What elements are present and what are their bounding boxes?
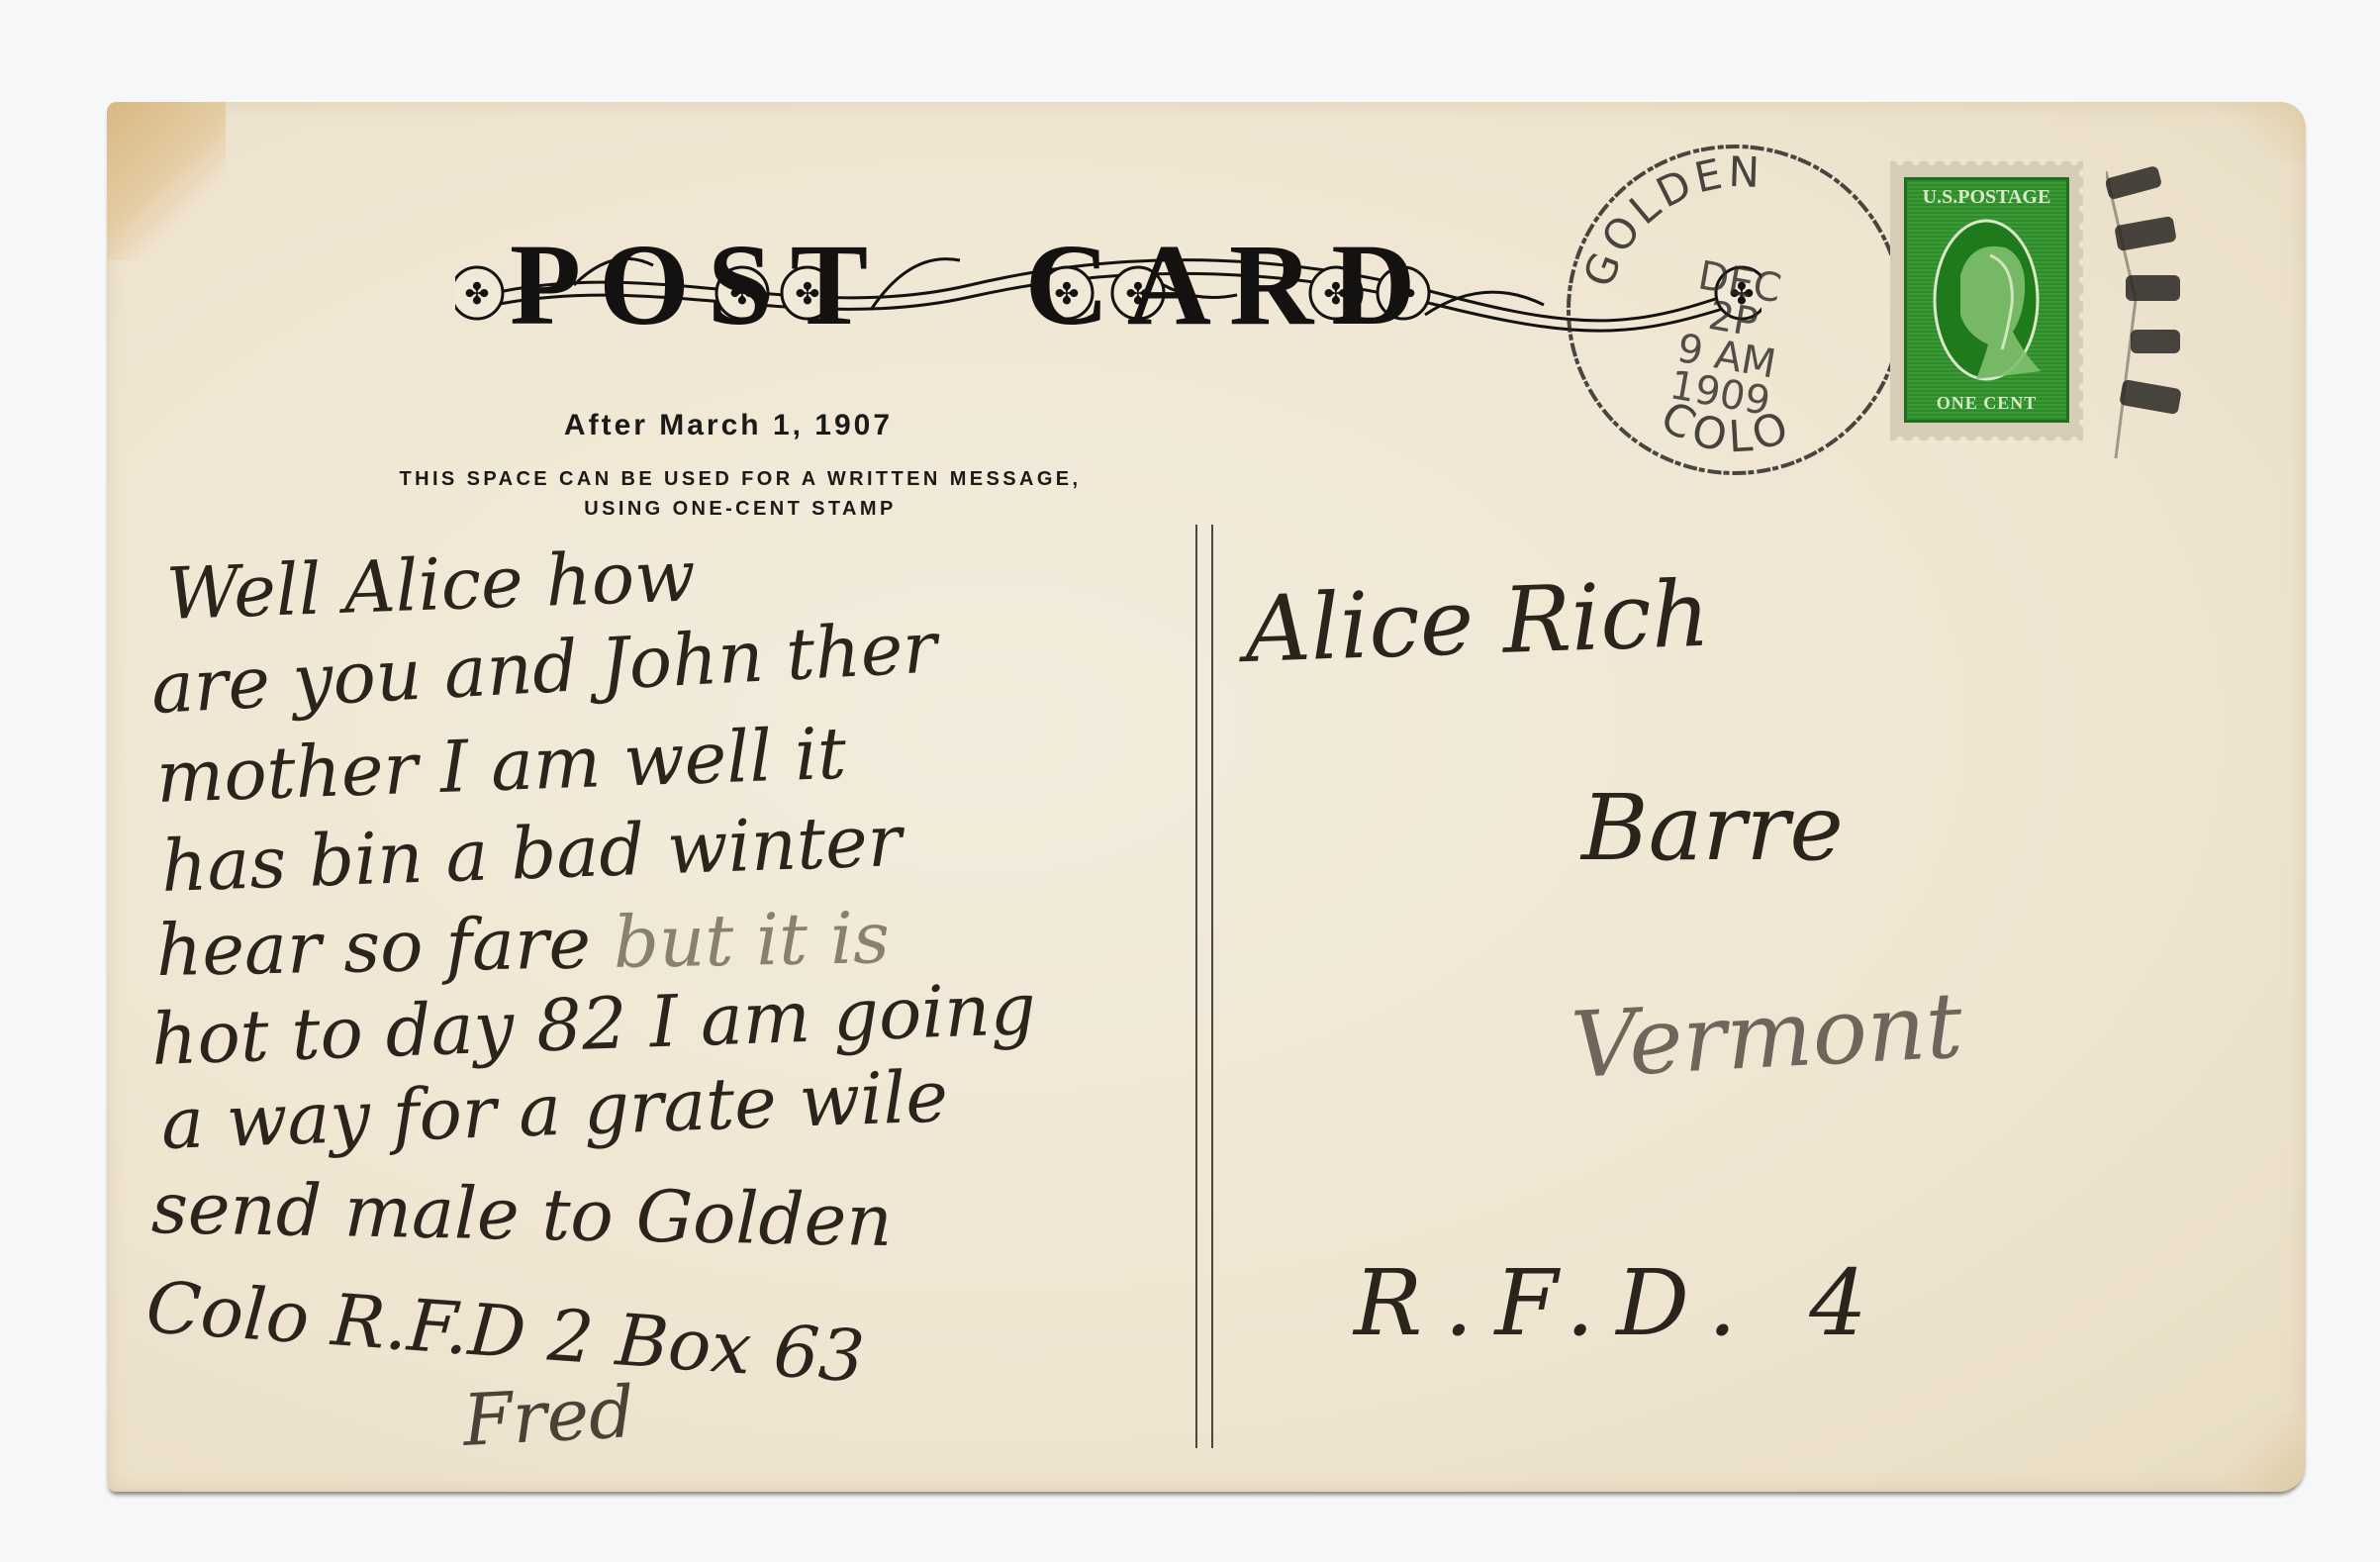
center-divider	[1195, 525, 1213, 1448]
postage-stamp: U.S.POSTAGE ONE CENT	[1890, 161, 2083, 440]
message-line: send male to Golden	[150, 1166, 893, 1262]
cancellation-bars	[2106, 161, 2185, 458]
worn-corner	[2217, 1413, 2306, 1492]
stamp-design: U.S.POSTAGE ONE CENT	[1904, 177, 2069, 423]
message-text: hear so fare	[155, 901, 614, 992]
signature: Fred	[461, 1370, 636, 1462]
message-line: has bin a bad winter	[160, 799, 904, 908]
postmark: GOLDEN COLO DEC 2P 9 AM 1909	[1552, 122, 1918, 488]
notice-stamp: USING ONE-CENT STAMP	[255, 498, 1225, 521]
notice-date: After March 1, 1907	[283, 409, 1174, 442]
worn-corner	[2227, 102, 2306, 161]
notice-message-space: THIS SPACE CAN BE USED FOR A WRITTEN MES…	[255, 468, 1225, 491]
address-route: R.F.D. 4	[1354, 1250, 1889, 1356]
postcard: ✤✤✤ ✤✤✤ ✤✤ POST CARD After March 1, 1907…	[107, 102, 2306, 1492]
worn-corner	[107, 102, 226, 260]
stamp-bottom-text: ONE CENT	[1911, 393, 2062, 414]
franklin-portrait-icon	[1931, 216, 2043, 384]
svg-text:✤: ✤	[464, 277, 489, 312]
address-state: Vermont	[1569, 972, 1964, 1099]
stamp-top-text: U.S.POSTAGE	[1911, 186, 2062, 209]
address-name: Alice Rich	[1243, 561, 1711, 683]
address-city: Barre	[1581, 775, 1844, 881]
message-line: mother I am well it	[155, 712, 848, 819]
postcard-title: POST CARD	[510, 216, 1697, 354]
message-line: Well Alice how	[165, 534, 698, 635]
message-faint-text: but it is	[613, 896, 891, 984]
